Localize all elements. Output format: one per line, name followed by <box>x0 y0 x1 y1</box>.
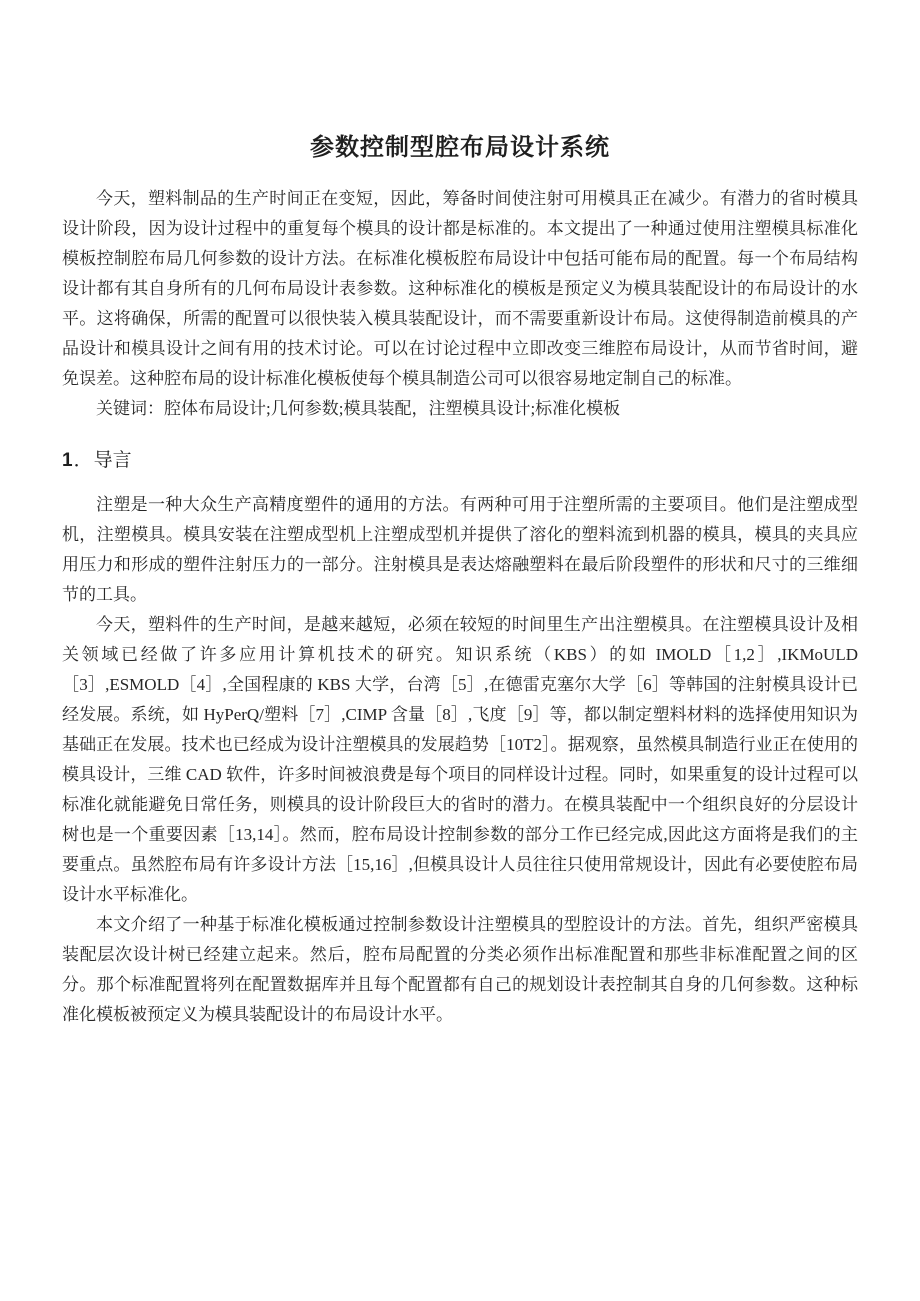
intro-paragraph-1: 注塑是一种大众生产高精度塑件的通用的方法。有两种可用于注塑所需的主要项目。他们是… <box>62 490 858 610</box>
keywords-text: 腔体布局设计;几何参数;模具装配，注塑模具设计;标准化模板 <box>164 399 620 418</box>
abstract-paragraph: 今天，塑料制品的生产时间正在变短，因此，筹备时间使注射可用模具正在减少。有潜力的… <box>62 184 858 394</box>
page-title: 参数控制型腔布局设计系统 <box>62 132 858 164</box>
document-page: 参数控制型腔布局设计系统 今天，塑料制品的生产时间正在变短，因此，筹备时间使注射… <box>0 0 920 1301</box>
section-number-dot: ． <box>73 450 94 471</box>
keywords-line: 关键词：腔体布局设计;几何参数;模具装配，注塑模具设计;标准化模板 <box>62 394 858 424</box>
section-number: 1 <box>62 450 73 471</box>
intro-paragraph-3: 本文介绍了一种基于标准化模板通过控制参数设计注塑模具的型腔设计的方法。首先，组织… <box>62 910 858 1030</box>
keywords-label: 关键词： <box>96 399 164 418</box>
section-heading-introduction: 1．导言 <box>62 446 858 476</box>
intro-paragraph-2: 今天，塑料件的生产时间，是越来越短，必须在较短的时间里生产出注塑模具。在注塑模具… <box>62 610 858 910</box>
section-title: 导言 <box>94 450 132 471</box>
